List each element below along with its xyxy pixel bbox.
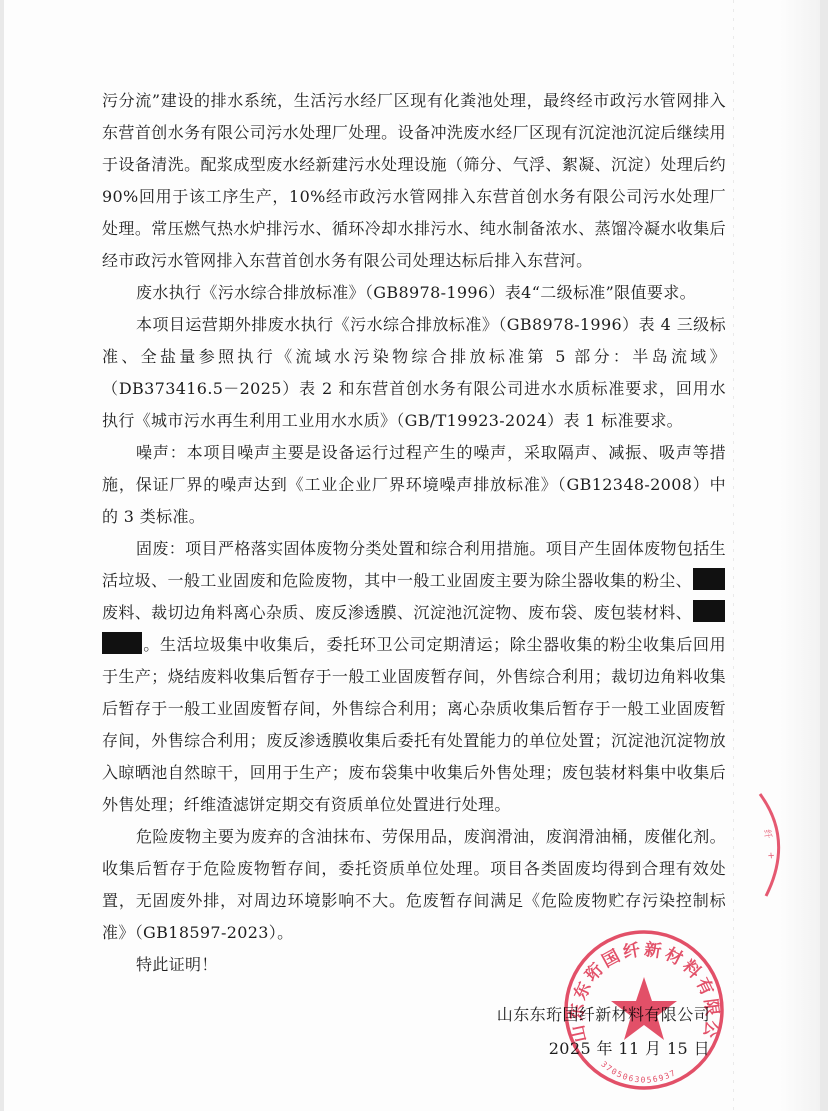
svg-text:+: +: [765, 851, 776, 859]
paragraph-wastewater-system: 污分流”建设的排水系统，生活污水经厂区现有化粪池处理，最终经市政污水管网排入东营…: [102, 85, 726, 277]
redaction-box: [693, 568, 725, 590]
paragraph-noise: 噪声：本项目噪声主要是设备运行过程产生的噪声，采取隔声、减振、吸声等措施，保证厂…: [102, 437, 726, 533]
paragraph-discharge-standard: 本项目运营期外排废水执行《污水综合排放标准》（GB8978-1996）表 4 三…: [102, 309, 726, 437]
solid-waste-text-2: 废料、裁切边角料离心杂质、废反渗透膜、沉淀池沉淀物、废布袋、废包装材料、: [102, 603, 692, 622]
svg-text:纤: 纤: [761, 829, 773, 840]
solid-waste-text-3: 。生活垃圾集中收集后，委托环卫公司定期清运；除尘器收集的粉尘收集后回用于生产；烧…: [102, 635, 726, 814]
solid-waste-text-1: 固废：项目严格落实固体废物分类处置和综合利用措施。项目产生固体废物包括生活垃圾、…: [102, 539, 726, 590]
document-body: 污分流”建设的排水系统，生活污水经厂区现有化粪池处理，最终经市政污水管网排入东营…: [102, 85, 726, 981]
paragraph-wastewater-standard: 废水执行《污水综合排放标准》（GB8978-1996）表4“二级标准”限值要求。: [102, 277, 726, 309]
redaction-box: [102, 632, 142, 654]
redaction-box: [693, 600, 725, 622]
scan-artifact-line: [733, 0, 734, 1111]
company-seal-icon: 山东东珩国纤新材料有限公司 3705063056937: [559, 925, 729, 1095]
paragraph-solid-waste: 固废：项目严格落实固体废物分类处置和综合利用措施。项目产生固体废物包括生活垃圾、…: [102, 533, 726, 821]
document-page: 污分流”建设的排水系统，生活污水经厂区现有化粪池处理，最终经市政污水管网排入东营…: [4, 0, 820, 1111]
partial-seal-icon: 纤 +: [754, 790, 814, 900]
